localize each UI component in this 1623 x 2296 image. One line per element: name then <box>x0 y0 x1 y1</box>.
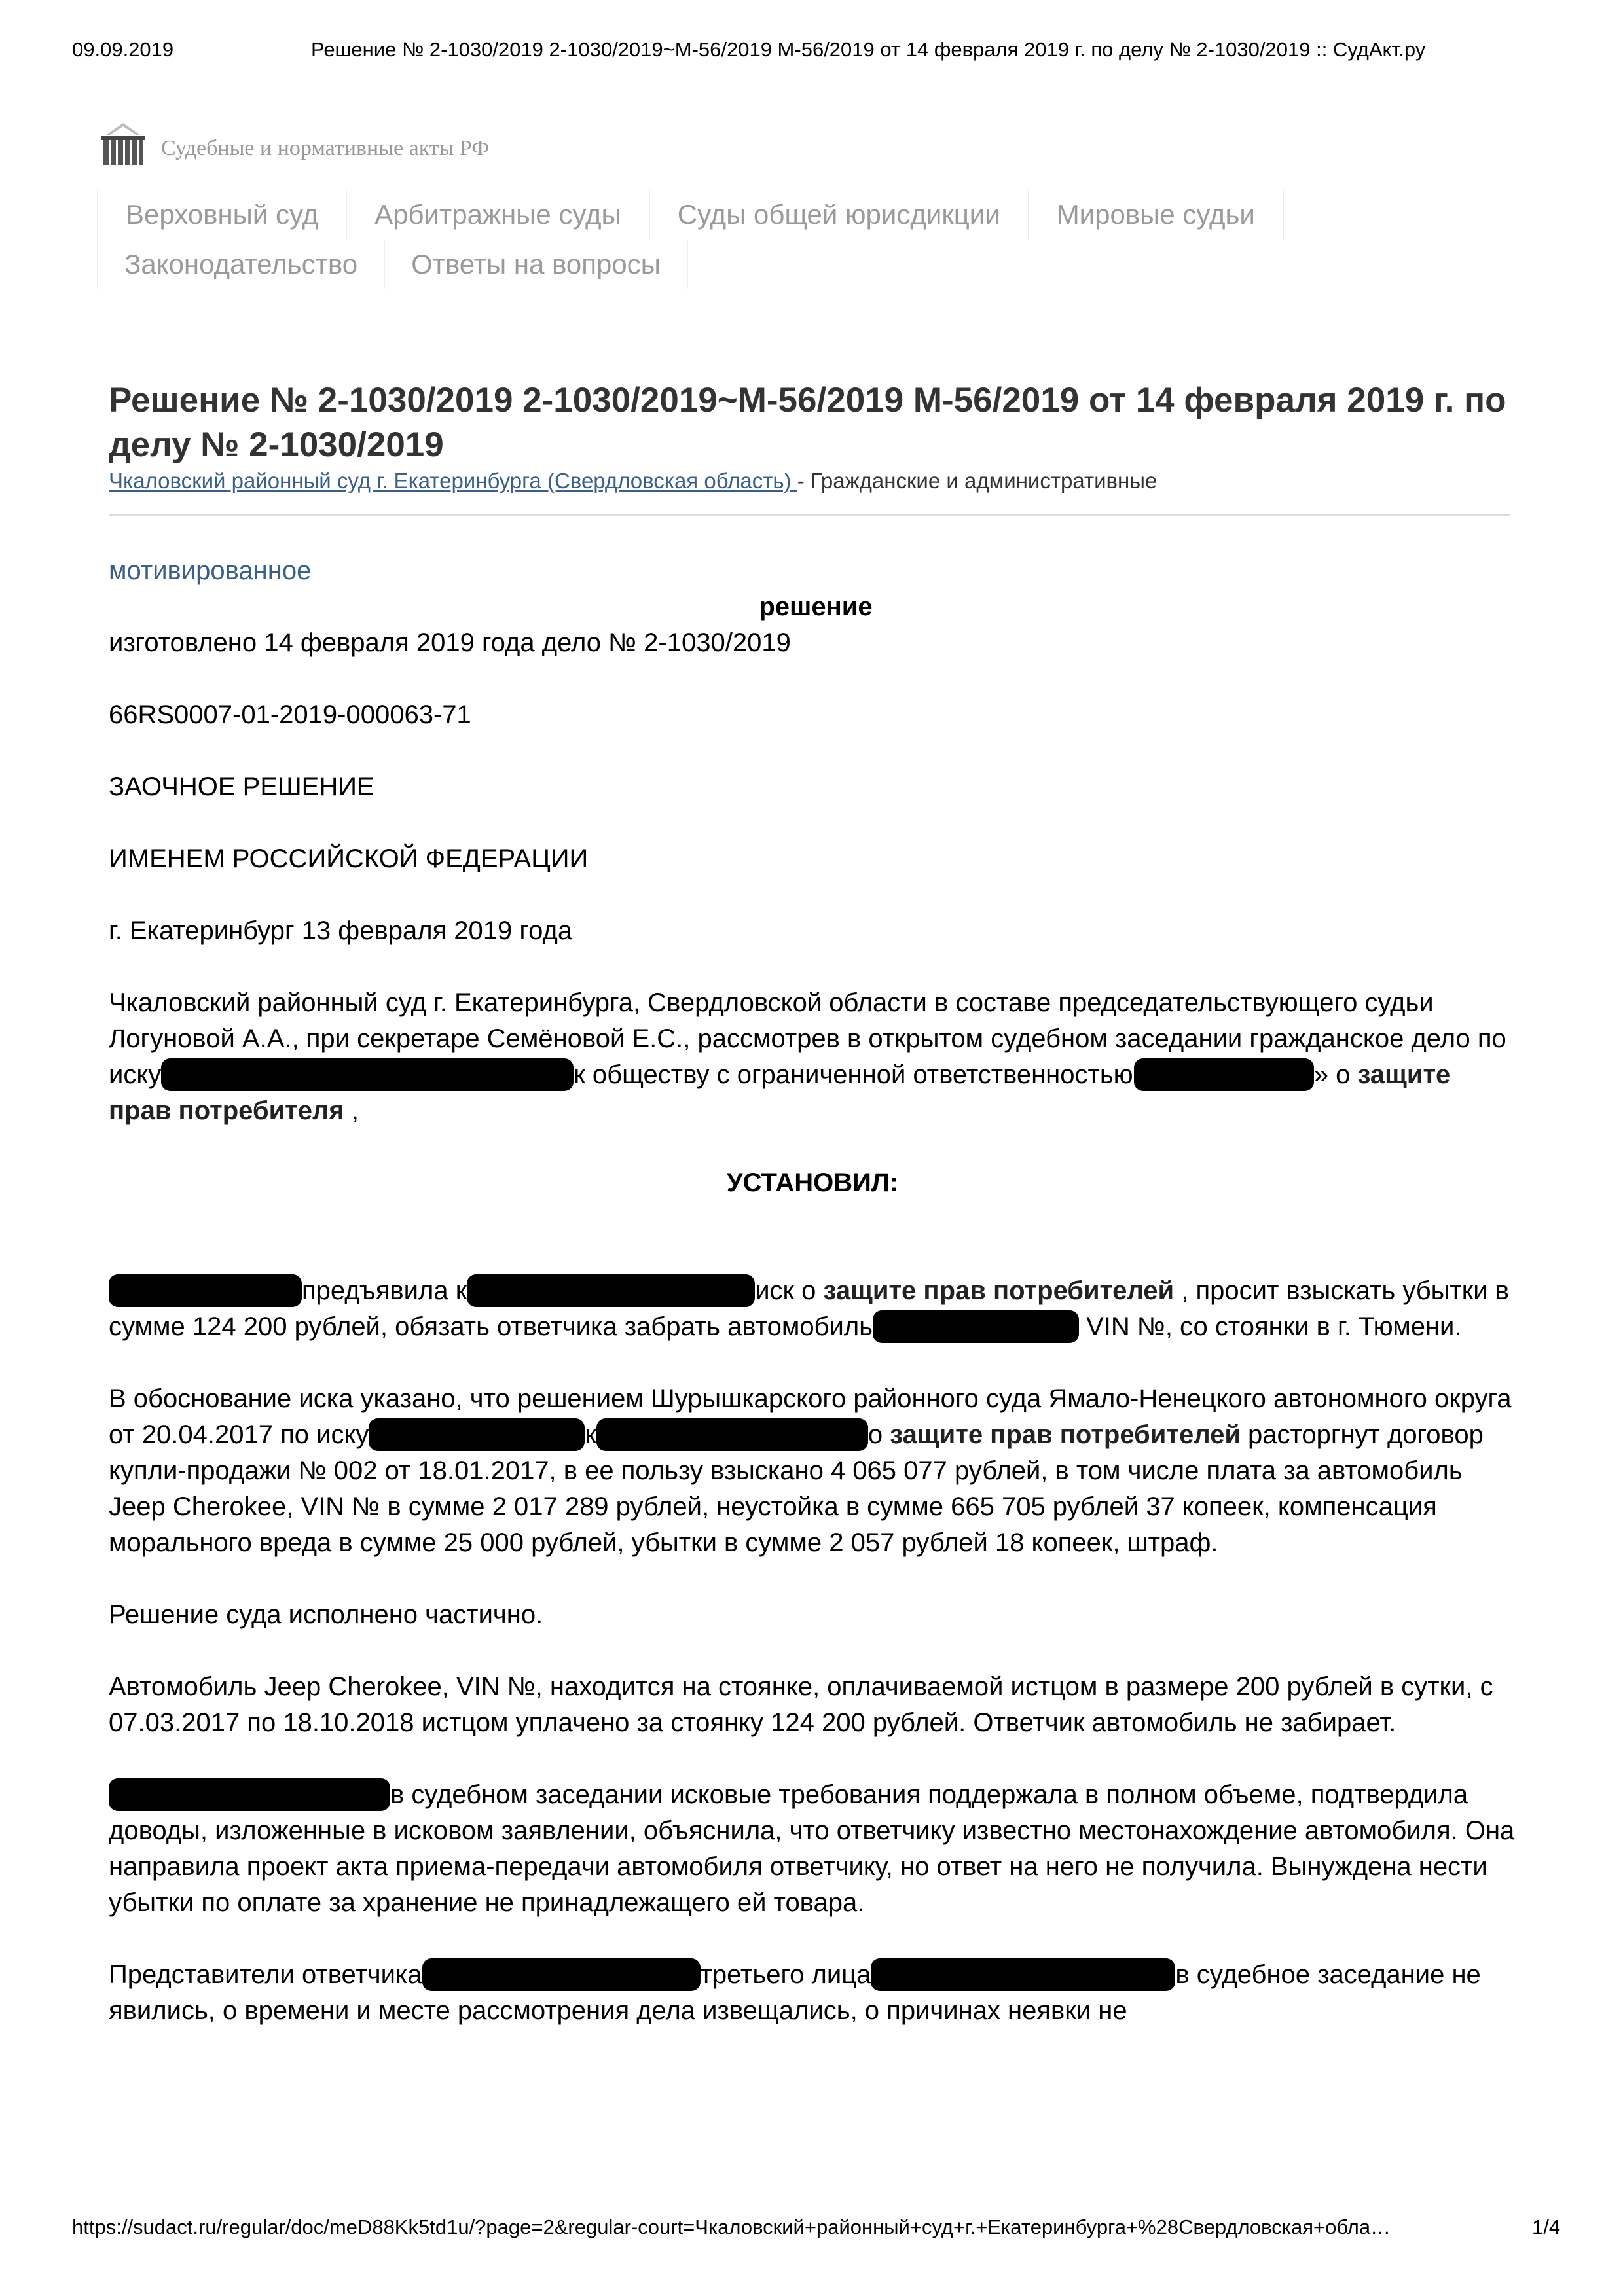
print-header: 09.09.2019 Решение № 2-1030/2019 2-1030/… <box>0 38 1623 64</box>
main-nav: Верховный суд Арбитражные суды Суды обще… <box>97 190 1406 289</box>
case-category: - Гражданские и административные <box>797 469 1158 493</box>
nav-item-legislation[interactable]: Законодательство <box>97 240 384 289</box>
nav-row-1: Верховный суд Арбитражные суды Суды обще… <box>97 190 1406 240</box>
paragraph-representatives: Представители ответчикатретьего лицав су… <box>109 1957 1516 2029</box>
nav-item-answers[interactable]: Ответы на вопросы <box>384 240 688 289</box>
prepared-line: изготовлено 14 февраля 2019 года дело № … <box>109 625 1516 661</box>
courthouse-icon <box>100 123 147 165</box>
case-uid: 66RS0007-01-2019-000063-71 <box>109 697 1516 733</box>
paragraph-partial: Решение суда исполнено частично. <box>109 1597 1516 1633</box>
paragraph-parking: Автомобиль Jeep Cherokee, VIN №, находит… <box>109 1669 1516 1741</box>
paragraph-claim: предъявила киск о защите прав потребител… <box>109 1273 1516 1345</box>
redaction <box>161 1058 574 1091</box>
print-url: https://sudact.ru/regular/doc/meD88Kk5td… <box>72 2215 1391 2239</box>
print-page-title: Решение № 2-1030/2019 2-1030/2019~М-56/2… <box>311 38 1425 62</box>
nav-item-general-courts[interactable]: Суды общей юрисдикции <box>649 190 1028 240</box>
redaction <box>467 1274 755 1307</box>
redaction <box>596 1418 868 1451</box>
redaction <box>109 1274 302 1307</box>
imenem-heading: ИМЕНЕМ РОССИЙСКОЙ ФЕДЕРАЦИИ <box>109 841 1516 877</box>
ustanovil-heading: УСТАНОВИЛ: <box>109 1165 1516 1201</box>
page-title: Решение № 2-1030/2019 2-1030/2019~М-56/2… <box>109 378 1523 467</box>
redaction <box>873 1310 1079 1343</box>
court-link[interactable]: Чкаловский районный суд г. Екатеринбурга… <box>109 469 797 493</box>
document-body: мотивированное решение изготовлено 14 фе… <box>109 553 1516 2029</box>
redaction <box>109 1778 390 1811</box>
redaction <box>871 1958 1175 1991</box>
court-line: Чкаловский районный суд г. Екатеринбурга… <box>109 469 1157 493</box>
zaochnoe-heading: ЗАОЧНОЕ РЕШЕНИЕ <box>109 769 1516 805</box>
divider <box>109 514 1510 516</box>
nav-item-magistrates[interactable]: Мировые судьи <box>1028 190 1284 240</box>
place-date: г. Екатеринбург 13 февраля 2019 года <box>109 913 1516 949</box>
nav-item-supreme-court[interactable]: Верховный суд <box>97 190 346 240</box>
nav-row-2: Законодательство Ответы на вопросы <box>97 240 1406 289</box>
nav-item-arbitration-courts[interactable]: Арбитражные суды <box>346 190 649 240</box>
redaction <box>422 1958 701 1991</box>
print-date: 09.09.2019 <box>72 38 173 62</box>
site-logo[interactable]: Судебные и нормативные акты РФ <box>100 113 489 165</box>
site-logo-text: Судебные и нормативные акты РФ <box>161 136 489 165</box>
redaction <box>1134 1058 1314 1091</box>
redaction <box>369 1418 585 1451</box>
decision-word: решение <box>109 589 1516 625</box>
paragraph-intro: Чкаловский районный суд г. Екатеринбурга… <box>109 985 1516 1129</box>
motivated-label: мотивированное <box>109 553 1516 589</box>
page-number: 1/4 <box>1532 2215 1560 2239</box>
paragraph-grounds: В обоснование иска указано, что решением… <box>109 1381 1516 1561</box>
paragraph-plaintiff: в судебном заседании исковые требования … <box>109 1777 1516 1921</box>
